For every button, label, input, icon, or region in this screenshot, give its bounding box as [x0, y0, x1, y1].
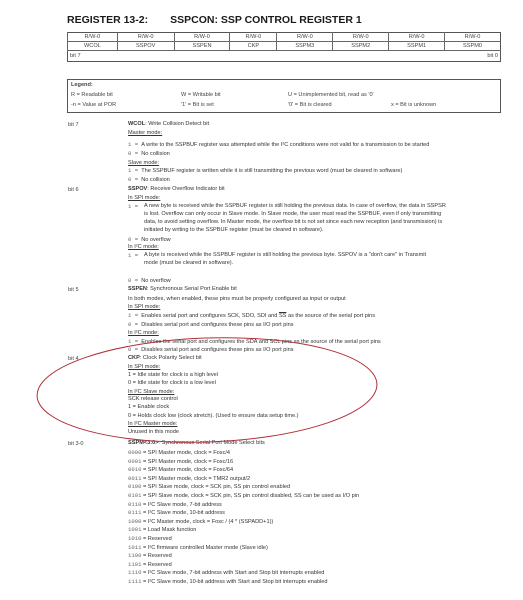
bit3-0-name: SSPM<3:0>	[128, 440, 158, 446]
access-row: R/W-0 R/W-0 R/W-0 R/W-0 R/W-0 R/W-0 R/W-…	[68, 33, 501, 42]
value-prefix: 1 =	[128, 312, 138, 319]
mode-text: = I²C Master mode, clock = Fosc / (4 * (…	[141, 519, 273, 525]
bit4-desc: : Clock Polarity Select bit	[140, 355, 202, 361]
mode-text: = Reserved	[141, 536, 171, 542]
bit4-spi-0: 0 = Idle state for clock is a low level	[128, 380, 216, 387]
value-prefix: 0 =	[128, 236, 138, 243]
mode-code: 0101	[128, 492, 141, 499]
bit5-spi-0: 0 = Disables serial port and configures …	[128, 321, 294, 329]
value-text: as the source of the serial port pins	[286, 313, 375, 319]
value-text: No overflow	[141, 278, 171, 284]
register-number: REGISTER 13-2:	[67, 14, 148, 26]
bit4-i2c-slave-sub: SCK release control	[128, 396, 178, 403]
mode-code: 0100	[128, 483, 141, 490]
mode-code: 1011	[128, 544, 141, 551]
access-cell: R/W-0	[277, 33, 333, 42]
legend-heading: Legend:	[71, 82, 93, 88]
bit-low-label: bit 0	[487, 53, 500, 59]
bit6-name: SSPOV	[128, 186, 147, 192]
bit5-label: bit 5	[68, 287, 79, 293]
bit-name-cell: SSPM2	[333, 42, 389, 51]
mode-text: = SPI Master mode, clock = Fosc/64	[141, 467, 233, 473]
value-prefix: 0 =	[128, 176, 138, 183]
mode-code: 0110	[128, 501, 141, 508]
access-cell: R/W-0	[117, 33, 174, 42]
value-prefix: 0 =	[128, 346, 138, 353]
bit5-spi-1: 1 = Enables serial port and configures S…	[128, 312, 375, 320]
value-prefix: 1 =	[128, 141, 138, 148]
mode-code: 1010	[128, 535, 141, 542]
access-cell: R/W-0	[68, 33, 118, 42]
bit4-title: CKP: Clock Polarity Select bit	[128, 355, 202, 362]
legend-writable: W = Writable bit	[181, 92, 221, 98]
value-text: Disables serial port and configures thes…	[141, 322, 293, 328]
bit3-0-desc: : Synchronous Serial Port Mode Select bi…	[158, 440, 264, 446]
bit-position-row: bit 7 bit 0	[68, 51, 501, 62]
mode-text: = SPI Master mode, clock = TMR2 output/2	[141, 476, 250, 482]
bit5-i2c-heading: In I²C mode:	[128, 330, 159, 337]
legend-cleared: '0' = Bit is cleared	[288, 102, 332, 108]
mode-text: = I²C Slave mode, 10-bit address	[141, 510, 224, 516]
mode-item: 1110 = I²C Slave mode, 7-bit address wit…	[128, 569, 324, 577]
bit-name-cell: SSPOV	[117, 42, 174, 51]
mode-text: = SPI Slave mode, clock = SCK pin, SS pi…	[141, 484, 290, 490]
value-prefix: 0 =	[128, 277, 138, 284]
mode-code: 1111	[128, 578, 141, 585]
legend-por: -n = Value at POR	[71, 102, 116, 108]
mode-item: 1101 = Reserved	[128, 561, 172, 569]
mode-item: 0110 = I²C Slave mode, 7-bit address	[128, 501, 222, 509]
mode-item: 0100 = SPI Slave mode, clock = SCK pin, …	[128, 483, 290, 491]
legend-unknown: x = Bit is unknown	[391, 102, 436, 108]
bit6-desc: : Receive Overflow Indicator bit	[147, 186, 224, 192]
bit6-spi-1-prefix: 1 =	[128, 203, 138, 211]
mode-item: 1100 = Reserved	[128, 552, 172, 560]
bit4-name: CKP	[128, 355, 140, 361]
bit5-i2c-0: 0 = Disables serial port and configures …	[128, 346, 294, 354]
bit6-i2c-0: 0 = No overflow	[128, 277, 171, 285]
mode-text: = Reserved	[141, 562, 171, 568]
mode-code: 1001	[128, 526, 141, 533]
bit4-spi-1: 1 = Idle state for clock is a high level	[128, 372, 218, 379]
bit5-title: SSPEN: Synchronous Serial Port Enable bi…	[128, 286, 237, 293]
mode-item: 0010 = SPI Master mode, clock = Fosc/64	[128, 466, 233, 474]
mode-code: 1110	[128, 569, 141, 576]
mode-item: 1111 = I²C Slave mode, 10-bit address wi…	[128, 578, 328, 586]
bit6-i2c-1-prefix: 1 =	[128, 252, 138, 260]
bit7-master-0: 0 = No collision	[128, 150, 170, 158]
bit4-spi-heading: In SPI mode:	[128, 364, 160, 371]
mode-text: = I²C Slave mode, 7-bit address	[141, 502, 221, 508]
bit6-i2c-1-line: A byte is received while the SSPBUF regi…	[144, 252, 426, 259]
bit7-master-heading: Master mode:	[128, 130, 162, 137]
bit6-title: SSPOV: Receive Overflow Indicator bit	[128, 186, 225, 193]
bit7-slave-0: 0 = No collision	[128, 176, 170, 184]
mode-item: 1001 = Load Mask function	[128, 526, 196, 534]
mode-item: 0011 = SPI Master mode, clock = TMR2 out…	[128, 475, 250, 483]
mode-item: 1000 = I²C Master mode, clock = Fosc / (…	[128, 518, 273, 526]
value-prefix: 1 =	[128, 167, 138, 174]
bit7-slave-heading: Slave mode:	[128, 160, 159, 167]
bit6-spi-1-line: is lost. Overflow can only occur in Slav…	[144, 211, 441, 218]
bit3-0-title: SSPM<3:0>: Synchronous Serial Port Mode …	[128, 440, 265, 447]
bit-name-cell: SSPM3	[277, 42, 333, 51]
value-prefix: 1 =	[128, 203, 138, 210]
bit4-i2c-master-heading: In I²C Master mode:	[128, 421, 177, 428]
bit6-spi-1-line: A new byte is received while the SSPBUF …	[144, 203, 446, 210]
value-prefix: 1 =	[128, 338, 138, 345]
legend-unimplemented: U = Unimplemented bit, read as '0'	[288, 92, 374, 98]
value-text: No collision	[141, 177, 170, 183]
register-title: REGISTER 13-2:SSPCON: SSP CONTROL REGIST…	[67, 14, 362, 26]
mode-text: = I²C Slave mode, 7-bit address with Sta…	[141, 570, 324, 576]
bit6-i2c-heading: In I²C mode:	[128, 244, 159, 251]
value-text: No overflow	[141, 237, 171, 243]
legend-readable: R = Readable bit	[71, 92, 113, 98]
legend-box: Legend: R = Readable bit W = Writable bi…	[67, 79, 501, 113]
value-text: The SSPBUF register is written while it …	[141, 168, 402, 174]
mode-text: = SPI Master mode, clock = Fosc/16	[141, 459, 233, 465]
bit6-label: bit 6	[68, 187, 79, 193]
mode-item: 0111 = I²C Slave mode, 10-bit address	[128, 509, 225, 517]
access-cell: R/W-0	[174, 33, 230, 42]
mode-code: 1100	[128, 552, 141, 559]
mode-code: 0010	[128, 466, 141, 473]
value-text: Enables serial port and configures SCK, …	[141, 313, 279, 319]
bit4-i2c-master-text: Unused in this mode	[128, 429, 179, 436]
bit-name-cell: CKP	[230, 42, 277, 51]
mode-item: 0001 = SPI Master mode, clock = Fosc/16	[128, 458, 233, 466]
bit7-master-1: 1 = A write to the SSPBUF register was a…	[128, 141, 429, 149]
mode-item: 0000 = SPI Master mode, clock = Fosc/4	[128, 449, 230, 457]
bit-name-cell: SSPM0	[445, 42, 501, 51]
bit-name-row: WCOL SSPOV SSPEN CKP SSPM3 SSPM2 SSPM1 S…	[68, 42, 501, 51]
bit-position-cell: bit 7 bit 0	[68, 51, 501, 62]
bit5-desc: : Synchronous Serial Port Enable bit	[147, 286, 237, 292]
bit7-slave-1: 1 = The SSPBUF register is written while…	[128, 167, 402, 175]
mode-text: = Load Mask function	[141, 527, 196, 533]
bit4-i2c-slave-0: 0 = Holds clock low (clock stretch). (Us…	[128, 413, 299, 420]
mode-text: = SPI Slave mode, clock = SCK pin, SS pi…	[141, 493, 359, 499]
mode-item: 0101 = SPI Slave mode, clock = SCK pin, …	[128, 492, 359, 500]
mode-code: 0111	[128, 509, 141, 516]
bit-name-cell: WCOL	[68, 42, 118, 51]
bit7-label: bit 7	[68, 122, 79, 128]
mode-item: 1010 = Reserved	[128, 535, 172, 543]
value-text: Disables serial port and configures thes…	[141, 347, 293, 353]
bit6-spi-0: 0 = No overflow	[128, 236, 171, 244]
value-prefix: 0 =	[128, 321, 138, 328]
register-name: SSPCON: SSP CONTROL REGISTER 1	[170, 14, 362, 26]
bit5-name: SSPEN	[128, 286, 147, 292]
bit3-0-label: bit 3-0	[68, 441, 84, 447]
register-bit-table: R/W-0 R/W-0 R/W-0 R/W-0 R/W-0 R/W-0 R/W-…	[67, 32, 501, 62]
bit4-i2c-slave-heading: In I²C Slave mode:	[128, 389, 174, 396]
access-cell: R/W-0	[445, 33, 501, 42]
value-prefix: 0 =	[128, 150, 138, 157]
bit7-desc: : Write Collision Detect bit	[145, 121, 209, 127]
bit7-name: WCOL	[128, 121, 145, 127]
mode-code: 1101	[128, 561, 141, 568]
value-text: No collision	[141, 151, 170, 157]
access-cell: R/W-0	[333, 33, 389, 42]
mode-code: 1000	[128, 518, 141, 525]
legend-set: '1' = Bit is set	[181, 102, 214, 108]
mode-text: = Reserved	[141, 553, 171, 559]
mode-text: = I²C firmware controlled Master mode (S…	[141, 545, 267, 551]
bit5-spi-heading: In SPI mode:	[128, 304, 160, 311]
mode-code: 0000	[128, 449, 141, 456]
bit6-spi-1-line: data, to avoid setting overflow. In Mast…	[144, 219, 442, 226]
bit7-title: WCOL: Write Collision Detect bit	[128, 121, 209, 128]
bit5-intro: In both modes, when enabled, these pins …	[128, 296, 346, 303]
bit5-i2c-1: 1 = Enables the serial port and configur…	[128, 338, 381, 346]
mode-text: = I²C Slave mode, 10-bit address with St…	[141, 579, 327, 585]
mode-code: 0011	[128, 475, 141, 482]
bit-high-label: bit 7	[68, 53, 81, 59]
bit4-i2c-slave-1: 1 = Enable clock	[128, 404, 169, 411]
mode-text: = SPI Master mode, clock = Fosc/4	[141, 450, 230, 456]
bit6-i2c-1-line: mode (must be cleared in software).	[144, 260, 233, 267]
value-prefix: 1 =	[128, 252, 138, 259]
bit-name-cell: SSPM1	[389, 42, 445, 51]
bit6-spi-heading: In SPI mode:	[128, 195, 160, 202]
mode-item: 1011 = I²C firmware controlled Master mo…	[128, 544, 268, 552]
access-cell: R/W-0	[389, 33, 445, 42]
bit6-spi-1-line: initiated by writing to the SSPBUF regis…	[144, 227, 323, 234]
bit4-label: bit 4	[68, 356, 79, 362]
mode-code: 0001	[128, 458, 141, 465]
access-cell: R/W-0	[230, 33, 277, 42]
value-text: A write to the SSPBUF register was attem…	[141, 142, 429, 148]
value-text: Enables the serial port and configures t…	[141, 339, 381, 345]
bit-name-cell: SSPEN	[174, 42, 230, 51]
